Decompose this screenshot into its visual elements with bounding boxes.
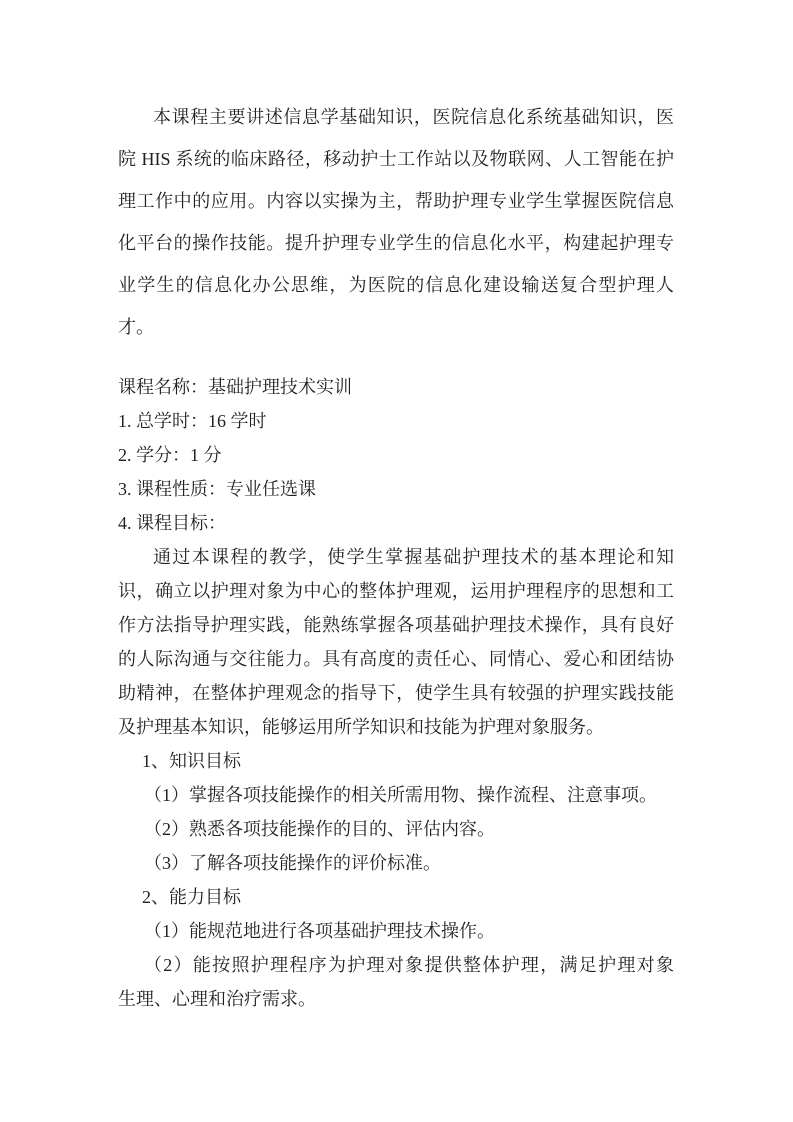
course-name: 课程名称：基础护理技术实训 (118, 370, 674, 404)
ability-goals-heading: 2、能力目标 (118, 880, 674, 914)
document-page: 本课程主要讲述信息学基础知识，医院信息化系统基础知识，医 院 HIS 系统的临床… (0, 0, 793, 1122)
course-type: 3. 课程性质：专业任选课 (118, 472, 674, 506)
intro-line: 化平台的操作技能。提升护理专业学生的信息化水平，构建起护理专 (118, 222, 674, 264)
objectives-paragraph-line: 作方法指导护理实践，能熟练掌握各项基础护理技术操作，具有良好 (118, 608, 674, 642)
course-objectives-heading: 4. 课程目标： (118, 506, 674, 540)
knowledge-goal-item: （3）了解各项技能操作的评价标准。 (118, 846, 674, 880)
intro-paragraph: 本课程主要讲述信息学基础知识，医院信息化系统基础知识，医 院 HIS 系统的临床… (118, 96, 674, 348)
objectives-paragraph-line: 及护理基本知识，能够运用所学知识和技能为护理对象服务。 (118, 710, 674, 744)
ability-goal-item: （1）能规范地进行各项基础护理技术操作。 (118, 914, 674, 948)
intro-line: 本课程主要讲述信息学基础知识，医院信息化系统基础知识，医 (118, 96, 674, 138)
total-hours: 1. 总学时：16 学时 (118, 404, 674, 438)
credits: 2. 学分：1 分 (118, 438, 674, 472)
objectives-paragraph-line: 的人际沟通与交往能力。具有高度的责任心、同情心、爱心和团结协 (118, 642, 674, 676)
intro-line: 理工作中的应用。内容以实操为主，帮助护理专业学生掌握医院信息 (118, 180, 674, 222)
intro-line: 业学生的信息化办公思维，为医院的信息化建设输送复合型护理人 (118, 264, 674, 306)
knowledge-goal-item: （2）熟悉各项技能操作的目的、评估内容。 (118, 812, 674, 846)
intro-line: 院 HIS 系统的临床路径，移动护士工作站以及物联网、人工智能在护 (118, 138, 674, 180)
ability-goal-item-continuation: 生理、心理和治疗需求。 (118, 982, 674, 1016)
objectives-paragraph-line: 通过本课程的教学，使学生掌握基础护理技术的基本理论和知 (118, 540, 674, 574)
objectives-paragraph-line: 助精神，在整体护理观念的指导下，使学生具有较强的护理实践技能 (118, 676, 674, 710)
knowledge-goals-heading: 1、知识目标 (118, 744, 674, 778)
intro-line: 才。 (118, 306, 674, 348)
course-description: 课程名称：基础护理技术实训 1. 总学时：16 学时 2. 学分：1 分 3. … (118, 370, 674, 1016)
knowledge-goal-item: （1）掌握各项技能操作的相关所需用物、操作流程、注意事项。 (118, 778, 674, 812)
objectives-paragraph-line: 识，确立以护理对象为中心的整体护理观，运用护理程序的思想和工 (118, 574, 674, 608)
paragraph-spacer (118, 348, 674, 370)
ability-goal-item: （2）能按照护理程序为护理对象提供整体护理，满足护理对象 (118, 948, 674, 982)
